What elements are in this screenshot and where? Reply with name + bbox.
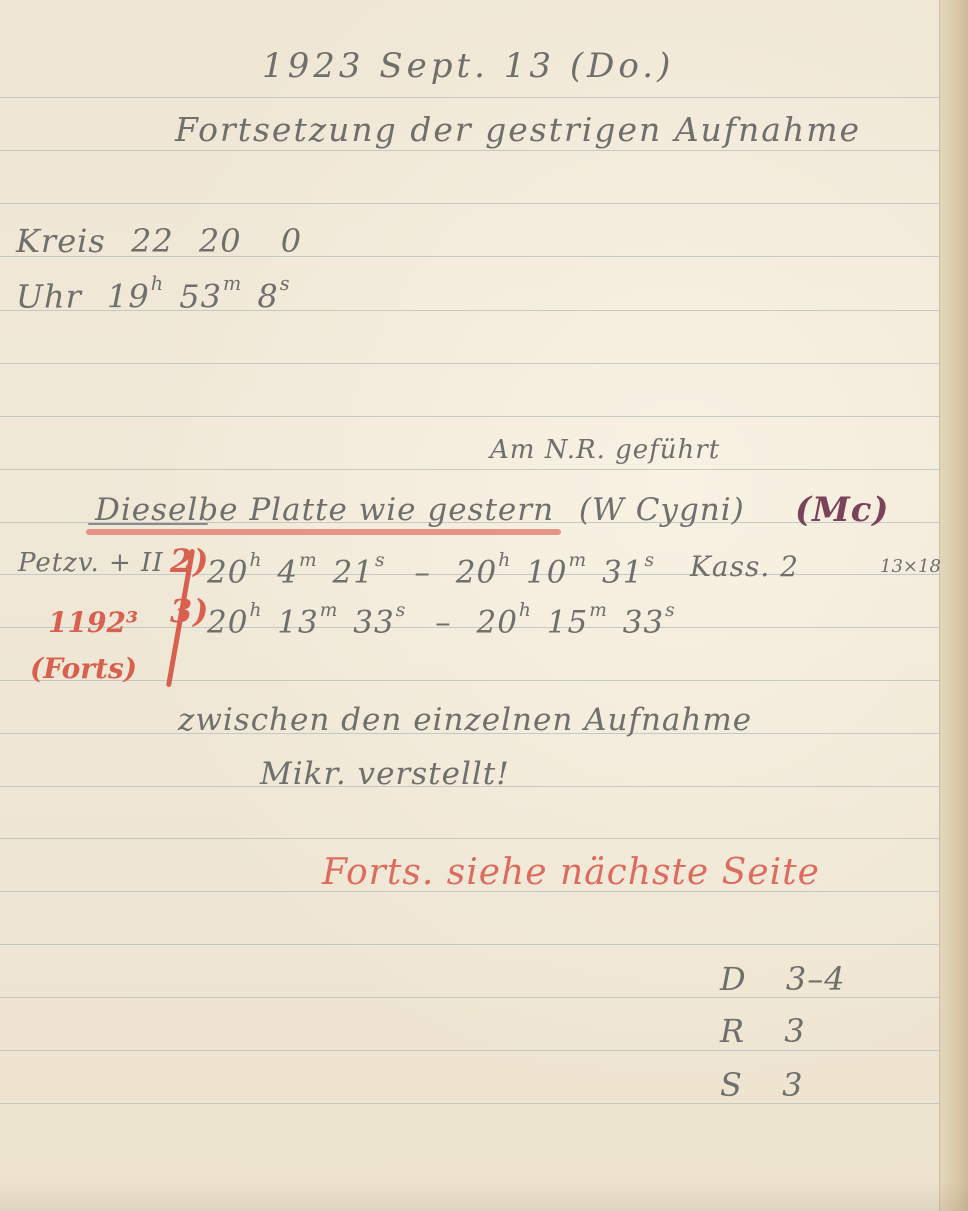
uhr-label: Uhr [16,277,82,315]
start-seconds: 33 [353,605,394,641]
unit-s: s [665,600,676,621]
kreis-label: Kreis [16,222,106,260]
unit-m: m [299,550,318,571]
ruled-line [0,469,940,470]
uhr-line: Uhr 19h 53m 8s [16,272,295,315]
ruled-line [0,203,940,204]
condition-label: S [720,1066,743,1104]
start-hours: 20 [207,605,248,641]
unit-m: m [223,272,242,295]
exposure-row-2: 20h 4m 21s – 20h 10m 31s [207,550,659,591]
continued-note: Forts. siehe nächste Seite [322,852,820,893]
condition-value: 3–4 [786,960,846,998]
ruled-line [0,363,940,364]
ruled-line [0,97,940,98]
kreis-degrees: 22 [131,222,174,260]
end-hours: 20 [476,605,517,641]
unit-h: h [249,600,262,621]
notebook-page: 1923 Sept. 13 (Do.) Fortsetzung der gest… [0,0,968,1211]
condition-d: D 3–4 [720,960,846,998]
ruled-line [0,150,940,151]
uhr-hours: 19 [107,277,150,315]
entry-date: 1923 Sept. 13 (Do.) [262,46,674,86]
exposure-row-3: 20h 13m 33s – 20h 15m 33s [207,600,680,641]
start-minutes: 4 [277,555,298,591]
instrument-label: Petzv. + II [18,548,164,578]
ruled-line [0,416,940,417]
page-edge-shadow [0,1181,968,1211]
ruled-line [0,680,940,681]
unit-m: m [569,550,588,571]
ruled-line [0,944,940,945]
condition-value: 3 [784,1012,805,1050]
end-hours: 20 [456,555,497,591]
page-gutter [939,0,968,1211]
guided-note: Am N.R. geführt [490,435,720,465]
unit-h: h [498,550,511,571]
uhr-minutes: 53 [179,277,222,315]
unit-m: m [589,600,608,621]
unit-s: s [280,272,291,295]
plate-note: (Forts) [30,652,137,685]
plate-number: 1192³ [48,606,138,639]
unit-m: m [320,600,339,621]
kreis-minutes: 20 [199,222,242,260]
unit-s: s [644,550,655,571]
ruled-line [0,1050,940,1051]
start-seconds: 21 [333,555,374,591]
remark-line-2: Mikr. verstellt! [260,756,510,792]
unit-s: s [375,550,386,571]
unit-s: s [396,600,407,621]
unit-h: h [519,600,532,621]
end-minutes: 15 [547,605,588,641]
kreis-seconds: 0 [281,222,302,260]
object-name: (W Cygni) [579,492,745,528]
entry-subtitle: Fortsetzung der gestrigen Aufnahme [175,110,861,149]
cassette-label: Kass. 2 [690,550,799,583]
observer-initials: (Mc) [795,490,890,530]
unit-h: h [151,272,164,295]
plate-format: 13×18 [880,556,941,577]
start-minutes: 13 [277,605,318,641]
kreis-line: Kreis 22 20 0 [16,222,302,260]
underline-grey [88,523,208,525]
remark-line-1: zwischen den einzelnen Aufnahme [178,702,752,738]
condition-r: R 3 [720,1012,806,1050]
condition-label: D [720,960,747,998]
ruled-line [0,838,940,839]
end-seconds: 31 [602,555,643,591]
condition-s: S 3 [720,1066,803,1104]
unit-h: h [249,550,262,571]
start-hours: 20 [207,555,248,591]
uhr-seconds: 8 [257,277,278,315]
condition-label: R [720,1012,745,1050]
condition-value: 3 [782,1066,803,1104]
underline-red [86,529,561,535]
end-seconds: 33 [623,605,664,641]
end-minutes: 10 [526,555,567,591]
